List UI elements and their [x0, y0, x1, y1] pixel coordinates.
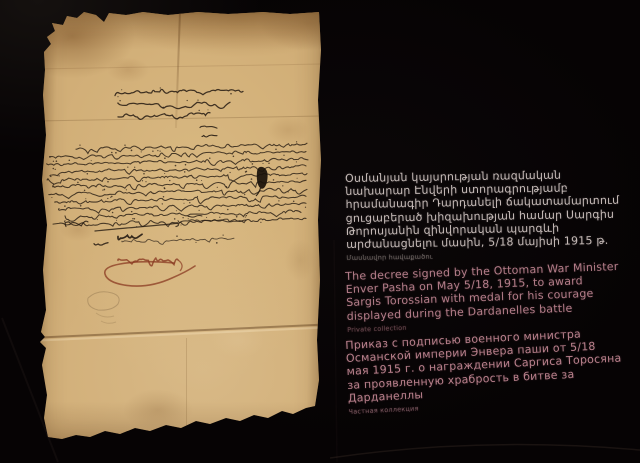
handwriting-ink — [38, 10, 323, 450]
exhibit-label: Օսմանյան կայսրության ռազմական նախարար Էն… — [345, 172, 640, 416]
fold-crease — [34, 323, 330, 338]
exhibit-photo: Օսմանյան կայսրության ռազմական նախարար Էն… — [0, 0, 640, 463]
horizontal-crease — [38, 116, 323, 122]
label-armenian: Օսմանյան կայսրության ռազմական նախարար Էն… — [345, 167, 640, 262]
vertical-crease — [175, 10, 181, 128]
vertical-crease — [186, 338, 187, 434]
horizontal-crease — [38, 64, 323, 70]
label-russian: Приказ с подписью военного министра Осма… — [345, 324, 640, 416]
fold-crease-highlight — [34, 326, 330, 341]
label-english: The decree signed by the Ottoman War Min… — [345, 259, 640, 334]
ottoman-decree-document — [38, 10, 323, 450]
